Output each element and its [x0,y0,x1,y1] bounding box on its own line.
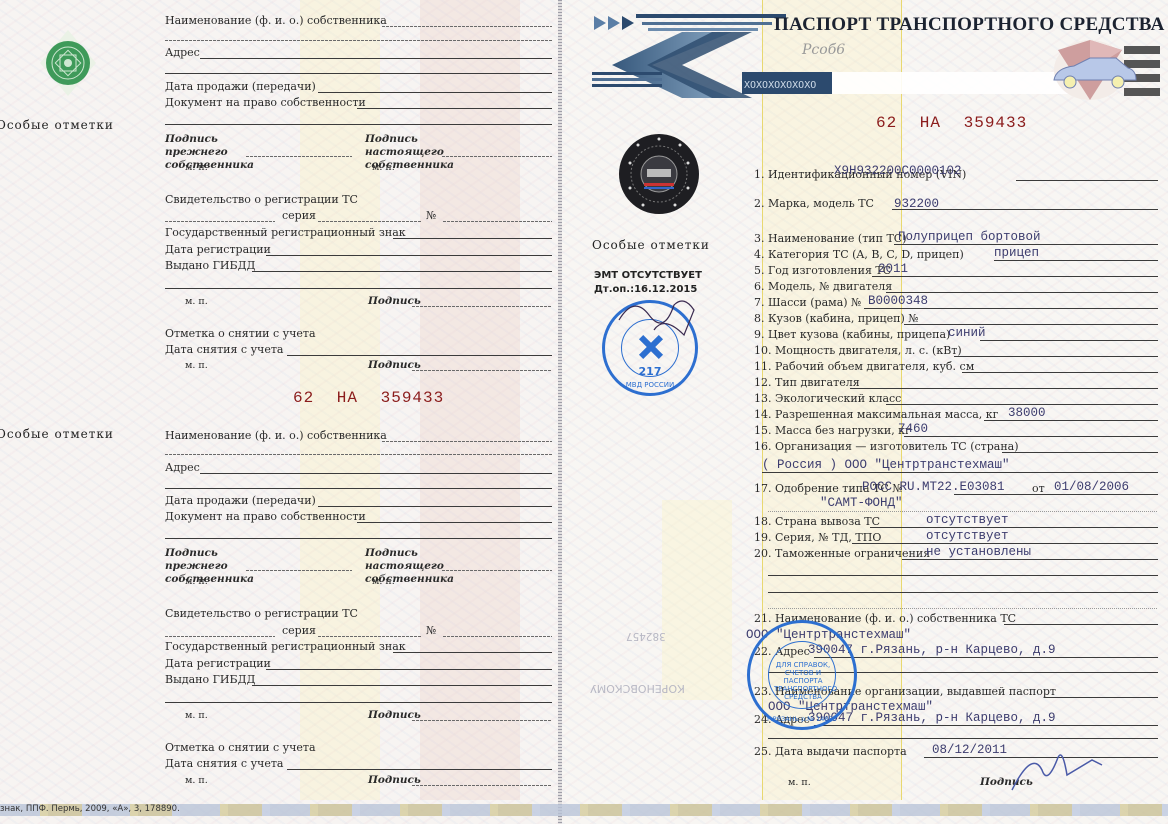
dereg-label: Отметка о снятии с учета [165,327,316,340]
faded-stamp-text: КОРЕНОВСКОМУ [590,682,685,695]
curr-owner-sig-field[interactable] [442,570,552,571]
gibdd-seal-number: 217 [605,365,695,378]
issued-by-field-2[interactable] [165,288,552,289]
svg-text:XOXOXOXOXOXO: XOXOXOXOXOXO [744,80,816,91]
field-value-line[interactable] [886,292,1158,293]
field-label: 10. Мощность двигателя, л. с. (кВт) [754,344,962,357]
car-emblem-icon [1050,40,1162,102]
field-label: 2. Марка, модель ТС [754,197,874,210]
ownership-doc-field-2[interactable] [165,124,552,125]
field-value: прицеп [994,246,1039,260]
field-label: 5. Год изготовления ТС [754,264,891,277]
hologram-icon [618,133,700,215]
company-seal-bottom: г.РЯЗАНЬ р.№ 14853 [750,715,854,723]
reg-cert-pre-field[interactable] [165,636,275,637]
special-marks-label: Особые отметки [0,118,114,132]
field-label: 9. Цвет кузова (кабины, прицепа) [754,328,950,341]
stamp-label: м. п. [185,575,208,588]
field-value-line[interactable] [954,356,1158,357]
ownership-doc-label: Документ на право собственности [165,96,366,109]
dereg-date-label: Дата снятия с учета [165,343,283,356]
issued-by-field-2[interactable] [165,702,552,703]
field-value-line[interactable] [1004,624,1158,625]
type-approval-body: "САМТ-ФОНД" [820,496,903,510]
issued-by-label: Выдано ГИБДД [165,259,255,272]
curr-owner-sig-field[interactable] [442,156,552,157]
emt-note: ЭМТ ОТСУТСТВУЕТ [594,270,702,281]
reg-date-label: Дата регистрации [165,243,271,256]
field-value-line[interactable] [962,372,1158,373]
owner-name-field[interactable] [382,26,552,27]
series-label: серия [282,209,316,222]
sale-date-field[interactable] [318,506,552,507]
field-value-line[interactable] [864,308,1158,309]
signature-field[interactable] [412,306,552,307]
special-marks-label: Особые отметки [592,238,710,252]
blank-line[interactable] [768,592,1158,593]
serial-number: 62 НА 359433 [293,389,444,407]
field-label: 4. Категория ТС (A, B, C, D, прицеп) [754,248,964,261]
owner-name-field-2[interactable] [165,40,552,41]
serial-number: 62 НА 359433 [876,114,1027,132]
reg-date-label: Дата регистрации [165,657,271,670]
number-label: № [426,624,436,637]
field-label: 16. Организация — изготовитель ТС (стран… [754,440,1019,453]
issued-by-field[interactable] [252,271,552,272]
issued-by-field[interactable] [252,685,552,686]
field-value: отсутствует [926,513,1009,527]
type-approval-date-label: от [1032,482,1045,495]
reg-cert-label: Свидетельство о регистрации ТС [165,193,358,206]
field-value: X9H932200C0000102 [834,164,962,178]
field-value: 2011 [878,262,908,276]
address-field-2[interactable] [165,488,552,489]
number-field[interactable] [443,221,552,222]
field-label: 7. Шасси (рама) № [754,296,861,309]
reg-cert-pre-field[interactable] [165,221,275,222]
stamp-label: м. п. [185,774,208,787]
field-label: 3. Наименование (тип ТС) [754,232,907,245]
field-label: 8. Кузов (кабина, прицеп) № [754,312,919,325]
field-value-line[interactable] [1044,697,1158,698]
field-value: Полуприцеп бортовой [898,230,1041,244]
prev-owner-sig-label: Подпись прежнего собственника [165,547,275,586]
address-field[interactable] [200,473,552,474]
field-value-line[interactable] [1002,452,1158,453]
gibdd-seal-bottom: МВД РОССИИ [605,381,695,389]
signature-field[interactable] [412,720,552,721]
stamp-label: м. п. [185,359,208,372]
field-label: 11. Рабочий объем двигателя, куб. см [754,360,974,373]
prev-owner-sig-label: Подпись прежнего собственника [165,133,275,172]
field-value: 38000 [1008,406,1046,420]
dereg-date-field[interactable] [287,769,552,770]
address-label: Адрес [165,46,200,59]
field-value-line[interactable] [904,324,1158,325]
field-label: 14. Разрешенная максимальная масса, кг [754,408,998,421]
field-value-line[interactable] [894,244,1158,245]
special-marks-label: Особые отметки [0,427,114,441]
left-page: Особые отметки Особые отметки Наименован… [0,0,558,824]
owner-name-label: Наименование (ф. и. о.) собственника [165,14,387,27]
signature-field[interactable] [412,785,552,786]
sale-date-label: Дата продажи (передачи) [165,80,316,93]
field-value-line[interactable] [984,420,1158,421]
faded-stamp-number: 382457 [626,630,666,643]
reg-date-field[interactable] [266,669,552,670]
stamp-label: м. п. [372,575,395,588]
handwritten-note: Рсоб6 [802,42,845,58]
field-value-line[interactable] [994,260,1158,261]
plate-label: Государственный регистрационный знак [165,640,406,653]
field-value-line[interactable] [814,657,1158,658]
issued-by-label: Выдано ГИБДД [165,673,255,686]
number-label: № [426,209,436,222]
field-value-line[interactable] [852,543,1158,544]
field-value: не установлены [926,545,1031,559]
field-value: отсутствует [926,529,1009,543]
stamp-label: м. п. [185,709,208,722]
address-field-2[interactable] [165,73,552,74]
dereg-label: Отметка о снятии с учета [165,741,316,754]
series-field[interactable] [318,636,422,637]
field-label: 6. Модель, № двигателя [754,280,892,293]
address-label: Адрес [165,461,200,474]
section-divider [768,608,1158,609]
reg-cert-label: Свидетельство о регистрации ТС [165,607,358,620]
plate-field[interactable] [393,652,552,653]
field-value: 932200 [894,197,939,211]
blank-line[interactable] [768,738,1158,739]
field-value-line[interactable] [814,725,1158,726]
type-approval-date: 01/08/2006 [1054,480,1129,494]
blank-line[interactable] [768,575,1158,576]
field-value-line[interactable] [870,527,1158,528]
owner-name-field[interactable] [382,441,552,442]
field-label: 13. Экологический класс [754,392,901,405]
stamp-label: м. п. [372,161,395,174]
field-value-line[interactable] [850,388,1158,389]
reg-date-field[interactable] [266,255,552,256]
stamp-label: м. п. [185,295,208,308]
owner-name-field-2[interactable] [165,454,552,455]
dereg-date-label: Дата снятия с учета [165,757,283,770]
company-seal-center: ДЛЯ СПРАВОК, СЧЕТОВ И ПАСПОРТА ТРАНСПОРТ… [774,661,832,701]
signature-field[interactable] [412,370,552,371]
stamp-label: м. п. [185,161,208,174]
ownership-doc-label: Документ на право собственности [165,510,366,523]
owner-name-label: Наименование (ф. и. о.) собственника [165,429,387,442]
field-label: 25. Дата выдачи паспорта [754,745,907,758]
plate-label: Государственный регистрационный знак [165,226,406,239]
number-field[interactable] [443,636,552,637]
sale-date-field[interactable] [318,92,552,93]
field-value-line[interactable] [954,494,1158,495]
field-label: 12. Тип двигателя [754,376,860,389]
right-page: XOXOXOXOXOXO ПАСПОРТ ТРАНСПОРТНОГО СРЕДС… [562,0,1168,824]
series-field[interactable] [318,221,422,222]
field-value: синий [948,326,986,340]
prev-owner-sig-field[interactable] [246,156,352,157]
field-label: 18. Страна вывоза ТС [754,515,880,528]
field-value: B0000348 [868,294,928,308]
field-label: 15. Масса без нагрузки, кг [754,424,911,437]
plate-field[interactable] [393,238,552,239]
ownership-doc-field-2[interactable] [165,538,552,539]
field-value-line[interactable] [904,436,1158,437]
sale-date-label: Дата продажи (передачи) [165,494,316,507]
field-value: 08/12/2011 [932,743,1007,757]
security-band [662,500,732,700]
printer-imprint: знак, ППФ. Пермь, 2009, «А», 3, 178890. [0,804,180,814]
stamp-label: м. п. [788,776,811,789]
field-value-line[interactable] [1016,180,1158,181]
field-value-line[interactable] [886,404,1158,405]
address-field[interactable] [200,58,552,59]
type-approval-value: РОСС RU.MT22.E03081 [862,480,1005,494]
company-seal: ДЛЯ СПРАВОК, СЧЕТОВ И ПАСПОРТА ТРАНСПОРТ… [747,620,857,730]
dereg-date-field[interactable] [287,355,552,356]
green-emblem-icon [40,30,96,96]
section-divider [768,511,1158,512]
field-value-line[interactable] [902,559,1158,560]
document-title: ПАСПОРТ ТРАНСПОРТНОГО СРЕДСТВА [774,14,1165,36]
manufacturer-value: ( Россия ) ООО "Центртранстехмаш" [762,458,1010,472]
field-value-line[interactable] [980,340,1158,341]
ownership-doc-field[interactable] [357,522,552,523]
prev-owner-sig-field[interactable] [246,570,352,571]
ownership-doc-field[interactable] [357,108,552,109]
series-label: серия [282,624,316,637]
signature-scribble-icon [614,290,704,340]
field-value: 7460 [898,422,928,436]
manufacturer-line[interactable] [762,472,1158,473]
issuer-signature-icon [1002,740,1112,800]
field-value-line[interactable] [872,276,1158,277]
